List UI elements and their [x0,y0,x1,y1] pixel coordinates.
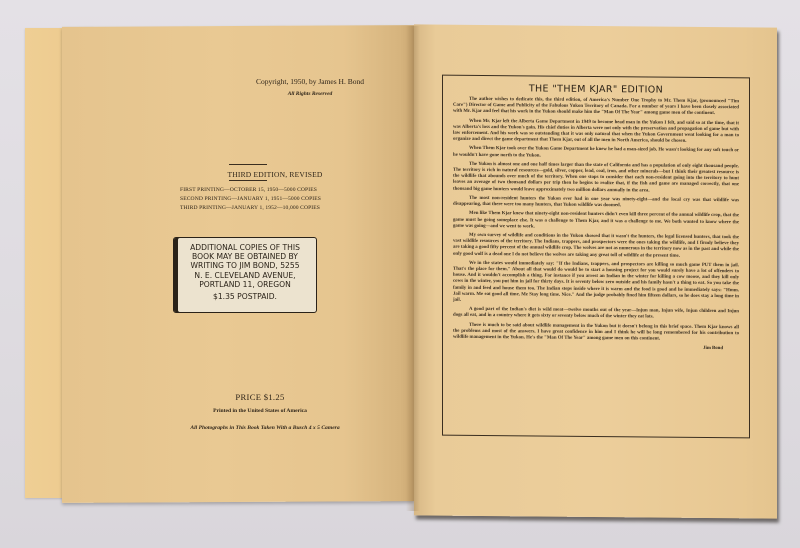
notice-line: N. E. CLEVELAND AVENUE, [174,271,316,280]
dedication-paragraph: Men like Them Kjar knew that ninety-eigh… [453,211,739,232]
dedication-paragraph: When Mr. Kjar left the Alberta Game Depa… [453,118,739,145]
notice-price: $1.35 POSTPAID. [174,292,316,301]
order-notice-box: ADDITIONAL COPIES OF THIS BOOK MAY BE OB… [173,237,317,313]
dedication-paragraph: We in the states would immediately say: … [453,261,739,307]
price-label: PRICE $1.25 [180,392,340,402]
divider-bottom [229,180,267,181]
notice-line: BOOK MAY BE OBTAINED BY [174,252,316,261]
dedication-paragraph: My own survey of wildlife and conditions… [453,233,739,260]
printing-history: FIRST PRINTING—OCTOBER 15, 1950—5000 COP… [180,186,380,213]
rights-reserved: All Rights Reserved [220,91,400,97]
printed-in-label: Printed in the United States of America [180,408,340,414]
dedication-paragraph: The most non-resident hunters the Yukon … [453,196,739,211]
dedication-paragraph: A good part of the Indian's diet is wild… [453,307,739,322]
copyright-line: Copyright, 1950, by James H. Bond [220,77,400,86]
notice-line: WRITING TO JIM BOND, 5255 [174,261,316,270]
printing-line: SECOND PRINTING—JANUARY 1, 1951—5000 COP… [180,195,380,204]
printing-line: THIRD PRINTING—JANUARY 1, 1952—10,000 CO… [180,204,380,213]
dedication-paragraph: When Them Kjar took over the Yukon Game … [453,146,739,161]
printing-line: FIRST PRINTING—OCTOBER 15, 1950—5000 COP… [180,186,380,195]
photo-credit: All Photographs in This Book Taken With … [150,425,380,431]
dedication-paragraph: The author wishes to dedicate this, the … [453,97,739,118]
spine-gutter [406,26,420,511]
dedication-paragraph: The Yukon is almost one and one half tim… [453,162,739,195]
dedication-title: THE "THEM KJAR" EDITION [453,83,739,96]
book-spread: Copyright, 1950, by James H. Bond All Ri… [0,0,800,548]
author-signature: Jim Bond [453,344,739,351]
edition-label: THIRD EDITION, REVISED [200,170,350,179]
notice-line: ADDITIONAL COPIES OF THIS [174,243,316,252]
divider-top [229,164,267,165]
dedication-paragraph: There is much to be said about wildlife … [453,322,739,343]
dedication-box: THE "THEM KJAR" EDITION The author wishe… [442,75,750,439]
notice-line: PORTLAND 11, OREGON [174,280,316,289]
